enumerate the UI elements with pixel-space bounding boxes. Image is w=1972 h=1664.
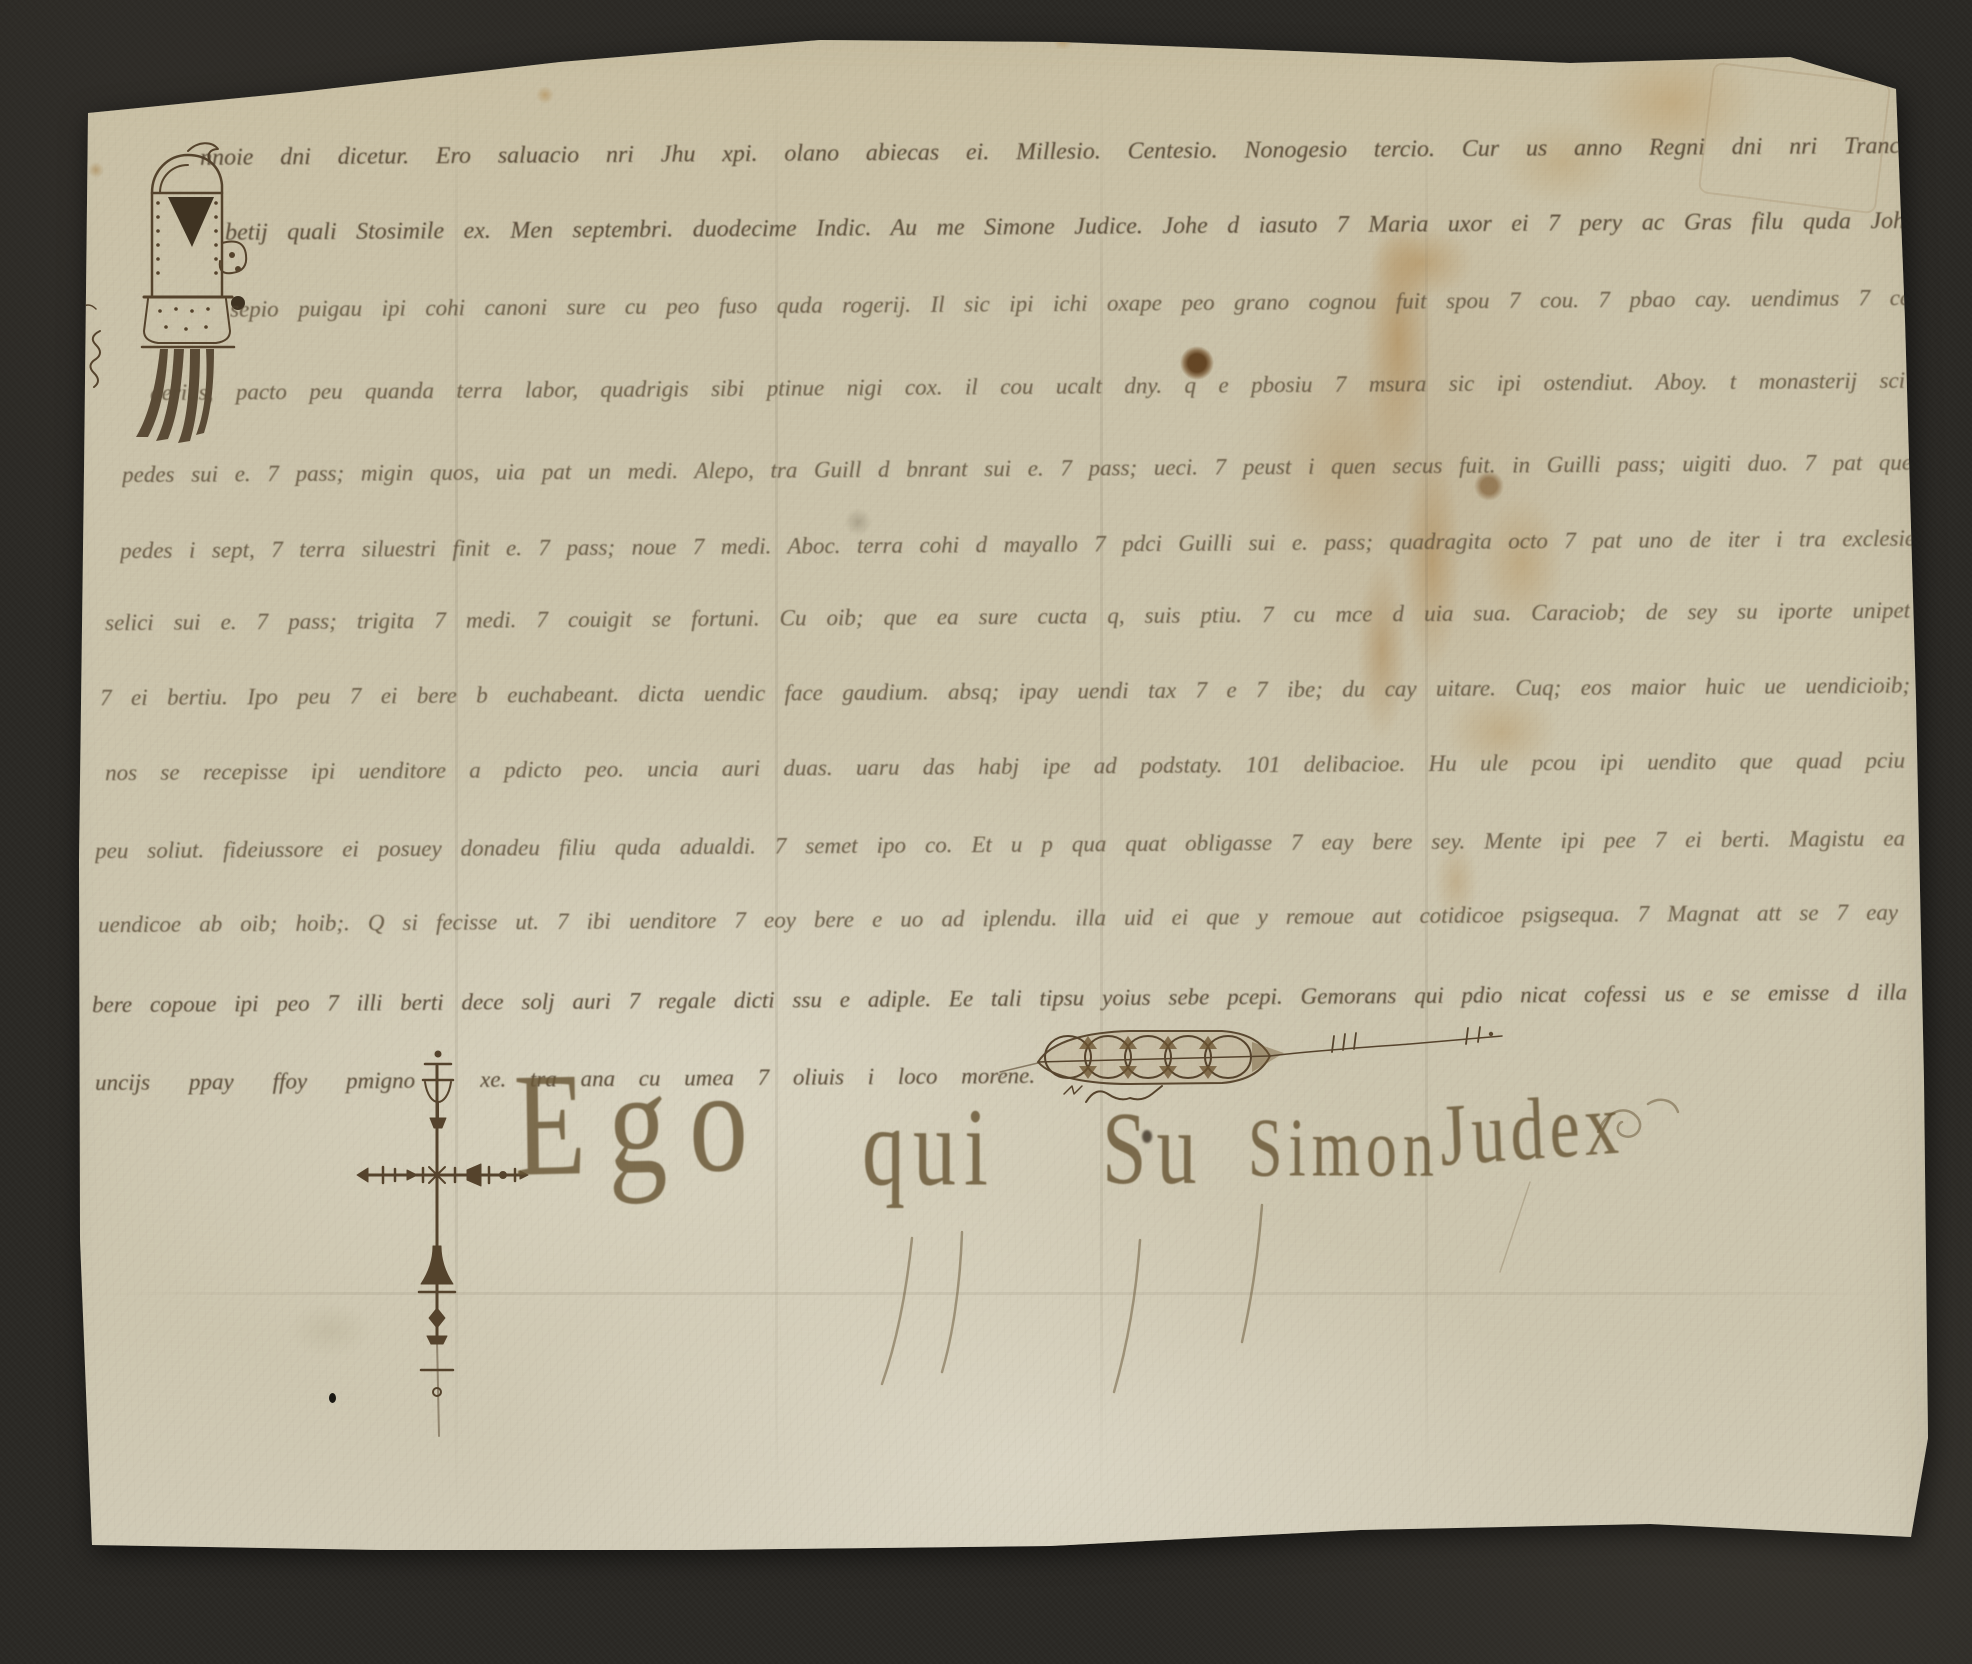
edge-shading (0, 0, 1972, 1664)
parchment-sheet: nnoie dni dicetur. Ero saluacio nri Jhu … (0, 0, 1972, 1664)
parchment-wrap: nnoie dni dicetur. Ero saluacio nri Jhu … (0, 0, 1972, 1664)
manuscript-photo: nnoie dni dicetur. Ero saluacio nri Jhu … (0, 0, 1972, 1664)
